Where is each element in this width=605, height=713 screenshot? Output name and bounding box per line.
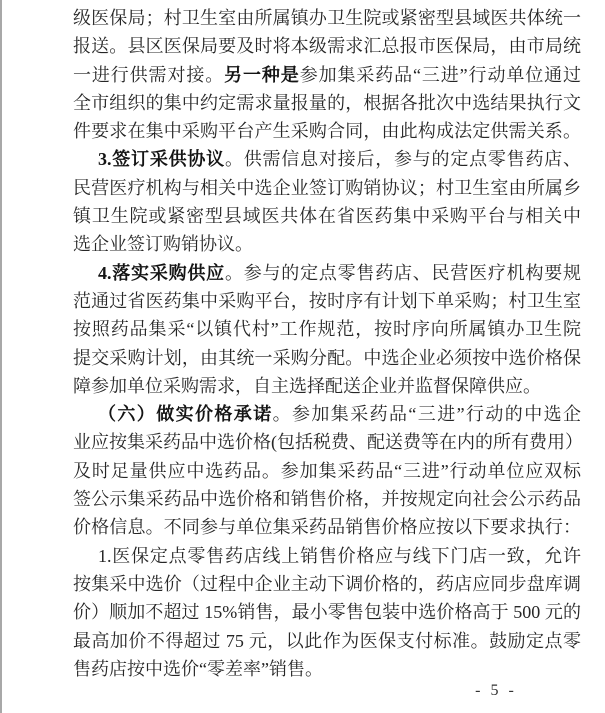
text-line: 及时足量供应中选药品。参加集采药品“三进”行动单位应双标 — [73, 457, 581, 485]
text-line: 1.医保定点零售药店线上销售价格应与线下门店一致，允许 — [73, 542, 581, 570]
text-line: 全市组织的集中约定需求量报量的，根据各批次中选结果执行文 — [73, 89, 581, 117]
text-segment: 价格信息。不同参与单位集采药品销售价格应按以下要求执行： — [73, 517, 581, 537]
text-line: 选企业签订购销协议。 — [73, 230, 581, 258]
text-line: 按集采中选价（过程中企业主动下调价格的，药店应同步盘库调 — [73, 570, 581, 598]
text-segment: 最高加价不得超过 75 元，以此作为医保支付标准。鼓励定点零 — [73, 631, 581, 651]
text-line: 障参加单位采购需求，自主选择配送企业并监督保障供应。 — [73, 372, 581, 400]
text-line: 范通过省医药集中采购平台，按时序有计划下单采购；村卫生室 — [73, 287, 581, 315]
text-segment: 签公示集采药品中选价格和销售价格，并按规定向社会公示药品 — [73, 489, 581, 509]
text-line: 价格信息。不同参与单位集采药品销售价格应按以下要求执行： — [73, 513, 581, 541]
text-segment: 一进行供需对接。 — [73, 65, 224, 85]
text-line: 提交采购计划，由其统一采购分配。中选企业必须按中选价格保 — [73, 344, 581, 372]
text-line: 镇卫生院或紧密型县域医共体在省医药集中采购平台与相关中 — [73, 202, 581, 230]
text-segment: 镇卫生院或紧密型县域医共体在省医药集中采购平台与相关中 — [73, 206, 581, 226]
text-segment: 范通过省医药集中采购平台，按时序有计划下单采购；村卫生室 — [73, 291, 581, 311]
text-segment: 。参与的定点零售药店、民营医疗机构要规 — [225, 263, 581, 283]
bold-heading-segment: （六）做实价格承诺 — [98, 404, 273, 424]
text-segment: 全市组织的集中约定需求量报量的，根据各批次中选结果执行文 — [73, 93, 581, 113]
text-segment: 提交采购计划，由其统一采购分配。中选企业必须按中选价格保 — [73, 348, 581, 368]
text-segment: 按照药品集采“以镇代村”工作规范，按时序向所属镇办卫生院 — [73, 319, 581, 339]
text-segment: 障参加单位采购需求，自主选择配送企业并监督保障供应。 — [73, 376, 541, 396]
text-line: 级医保局；村卫生室由所属镇办卫生院或紧密型县域医共体统一 — [73, 4, 581, 32]
text-line: 民营医疗机构与相关中选企业签订购销协议；村卫生室由所属乡 — [73, 174, 581, 202]
text-line: （六）做实价格承诺。参加集采药品“三进”行动的中选企 — [73, 400, 581, 428]
text-segment: 价）顺加不超过 15%销售，最小零售包装中选价格高于 500 元的 — [73, 602, 581, 622]
document-body: 级医保局；村卫生室由所属镇办卫生院或紧密型县域医共体统一报送。县区医保局要及时将… — [73, 4, 581, 683]
text-segment: 。供需信息对接后，参与的定点零售药店、 — [225, 149, 581, 169]
text-segment: 选企业签订购销协议。 — [73, 234, 253, 254]
text-line: 最高加价不得超过 75 元，以此作为医保支付标准。鼓励定点零 — [73, 627, 581, 655]
text-segment: 业应按集采药品中选价格(包括税费、配送费等在内的所有费用） — [73, 432, 583, 452]
scan-edge-line — [0, 0, 2, 713]
text-segment: 级医保局；村卫生室由所属镇办卫生院或紧密型县域医共体统一 — [73, 8, 581, 28]
text-line: 3.签订采供协议。供需信息对接后，参与的定点零售药店、 — [73, 145, 581, 173]
bold-heading-segment: 3.签订采供协议 — [98, 149, 225, 169]
text-line: 报送。县区医保局要及时将本级需求汇总报市医保局，由市局统 — [73, 32, 581, 60]
text-segment: 售药店按中选价“零差率”销售。 — [73, 659, 323, 679]
text-segment: 参加集采药品“三进”行动单位通过 — [300, 65, 581, 85]
text-line: 件要求在集中采购平台产生采购合同，由此构成法定供需关系。 — [73, 117, 581, 145]
text-line: 按照药品集采“以镇代村”工作规范，按时序向所属镇办卫生院 — [73, 315, 581, 343]
text-line: 售药店按中选价“零差率”销售。 — [73, 655, 581, 683]
text-segment: 报送。县区医保局要及时将本级需求汇总报市医保局，由市局统 — [73, 36, 581, 56]
text-line: 价）顺加不超过 15%销售，最小零售包装中选价格高于 500 元的 — [73, 598, 581, 626]
text-line: 4.落实采购供应。参与的定点零售药店、民营医疗机构要规 — [73, 259, 581, 287]
text-segment: 件要求在集中采购平台产生采购合同，由此构成法定供需关系。 — [73, 121, 581, 141]
text-segment: 1.医保定点零售药店线上销售价格应与线下门店一致，允许 — [98, 546, 581, 566]
text-line: 业应按集采药品中选价格(包括税费、配送费等在内的所有费用） — [73, 428, 581, 456]
bold-heading-segment: 4.落实采购供应 — [98, 263, 225, 283]
text-segment: 民营医疗机构与相关中选企业签订购销协议；村卫生室由所属乡 — [73, 178, 581, 198]
text-segment: 按集采中选价（过程中企业主动下调价格的，药店应同步盘库调 — [73, 574, 581, 594]
page-number: - 5 - — [466, 681, 526, 701]
text-line: 签公示集采药品中选价格和销售价格，并按规定向社会公示药品 — [73, 485, 581, 513]
text-segment: 。参加集采药品“三进”行动的中选企 — [273, 404, 581, 424]
bold-heading-segment: 另一种是 — [224, 65, 300, 85]
text-line: 一进行供需对接。另一种是参加集采药品“三进”行动单位通过 — [73, 61, 581, 89]
text-segment: 及时足量供应中选药品。参加集采药品“三进”行动单位应双标 — [73, 461, 581, 481]
